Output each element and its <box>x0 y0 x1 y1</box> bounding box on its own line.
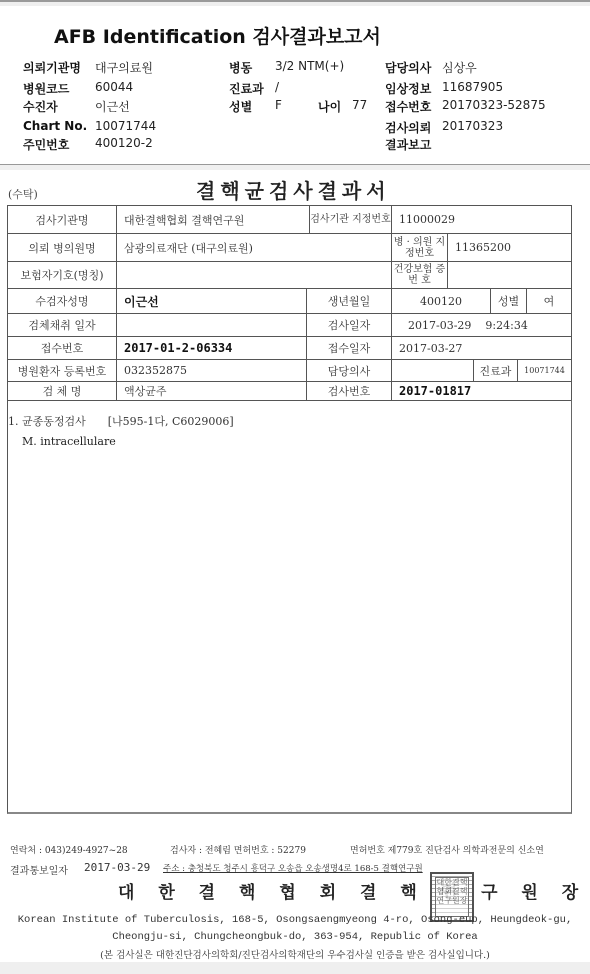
english-address-line2: Cheongju-si, Chungcheongbuk-do, 363-954,… <box>0 931 590 943</box>
sex-value: F <box>275 98 282 112</box>
receipt-no-value-cell: 2017-01-2-06334 <box>116 336 307 360</box>
result-value: M. intracellulare <box>22 435 116 448</box>
sex-label-cell: 성별 <box>490 288 527 314</box>
certification-note: (본 검사실은 대한진단검사의학회/진단검사의학재단의 우수검사실 인증을 받은… <box>0 947 590 961</box>
collection-date-value <box>116 313 307 337</box>
report-title: 결핵균검사결과서 <box>196 175 391 204</box>
examinee-value: 이근선 <box>116 288 307 314</box>
birthdate-label: 생년월일 <box>306 288 392 314</box>
test-no-value: 2017-01817 <box>391 381 572 401</box>
resident-no-value: 400120-2 <box>95 136 153 150</box>
test-date-value: 2017-03-29 9:24:34 <box>391 313 572 337</box>
test-request-label: 검사의뢰 <box>385 119 431 136</box>
age-value: 77 <box>352 98 367 112</box>
address: 주소 : 충청북도 청주시 흥덕구 오송읍 오송생명4로 168-5 결핵연구원 <box>163 862 423 874</box>
result-box <box>7 400 572 814</box>
receipt-no-label-cell: 접수번호 <box>7 336 117 360</box>
dept-value-cell: 10071744 <box>517 359 572 382</box>
english-address-line1: Korean Institute of Tuberculosis, 168-5,… <box>0 914 590 926</box>
bottom-band <box>0 962 590 974</box>
institution-id-label: 검사기관 지정번호 <box>309 205 392 234</box>
assigned-doctor-value <box>391 359 474 382</box>
health-insurance-value <box>447 261 572 289</box>
test-request-value: 20170323 <box>442 119 503 133</box>
sex-label: 성별 <box>229 98 252 115</box>
clinical-info-label: 임상정보 <box>385 80 431 97</box>
seal-text: 대한결핵협회결핵연구원장 <box>435 877 469 917</box>
requesting-hospital-label: 의뢰 병의원명 <box>7 233 117 262</box>
top-band <box>0 2 590 6</box>
testing-institution-value: 대한결핵협회 결핵연구원 <box>116 205 310 234</box>
result-item-name: 1. 균종동정검사 <box>8 415 86 428</box>
notice-date-label: 결과통보일자 <box>10 862 68 877</box>
hospital-id-value: 11365200 <box>447 233 572 262</box>
notice-date-value: 2017-03-29 <box>84 861 150 874</box>
institution-id-value: 11000029 <box>391 205 572 234</box>
patient-reg-value: 032352875 <box>116 359 307 382</box>
clinical-info-value: 11687905 <box>442 80 503 94</box>
receipt-no-value: 20170323-52875 <box>442 98 546 112</box>
patient-reg-label: 병원환자 등록번호 <box>7 359 117 382</box>
specimen-label: 검 체 명 <box>7 381 117 401</box>
patient-label: 수진자 <box>23 98 58 115</box>
birthdate-value: 400120 <box>391 288 491 314</box>
result-item: 1. 균종동정검사[나595-1다, C6029006] <box>8 413 234 429</box>
hospital-id-label: 병 · 의원 지정번호 <box>391 233 448 262</box>
doctor-label: 담당의사 <box>385 59 431 76</box>
requesting-institution-label: 의뢰기관명 <box>23 59 81 76</box>
chart-no-value: 10071744 <box>95 119 156 133</box>
specimen-value: 액상균주 <box>116 381 307 401</box>
requesting-institution-value: 대구의료원 <box>95 59 153 76</box>
receipt-date-label: 접수일자 <box>306 336 392 360</box>
collection-date-label: 검체채취 일자 <box>7 313 117 337</box>
age-label: 나이 <box>318 98 341 115</box>
receipt-date-value: 2017-03-27 <box>391 336 572 360</box>
ward-value: 3/2 NTM(+) <box>275 59 344 73</box>
specialist-info: 면허번호 제779호 진단검사 의학과전문의 신소연 <box>350 843 544 856</box>
hospital-code-value: 60044 <box>95 80 133 94</box>
dept-label-cell: 진료과 <box>473 359 518 382</box>
requesting-hospital-value: 삼광의료재단 (대구의료원) <box>116 233 392 262</box>
hospital-code-label: 병원코드 <box>23 80 69 97</box>
doctor-value: 심상우 <box>442 59 477 76</box>
patient-value: 이근선 <box>95 98 130 115</box>
test-no-label: 검사번호 <box>306 381 392 401</box>
copy-type: (수탁) <box>8 186 38 202</box>
result-item-code: [나595-1다, C6029006] <box>108 415 234 428</box>
institute-name: 대 한 결 핵 협 회 결 핵 연 구 원 장 <box>118 878 587 903</box>
examinee-label: 수검자성명 <box>7 288 117 314</box>
contact-info: 연락처 : 043)249-4927~28 <box>10 843 128 856</box>
resident-no-label: 주민번호 <box>23 136 69 153</box>
insurer-code-value <box>116 261 392 289</box>
department-label: 진료과 <box>229 80 264 97</box>
assigned-doctor-label: 담당의사 <box>306 359 392 382</box>
insurer-code-label: 보험자기호(명칭) <box>7 261 117 289</box>
test-date-label: 검사일자 <box>306 313 392 337</box>
health-insurance-label: 건강보험 증 번 호 <box>391 261 448 289</box>
page-title: AFB Identification 검사결과보고서 <box>54 22 381 49</box>
receipt-no-label: 접수번호 <box>385 98 431 115</box>
chart-no-label: Chart No. <box>23 119 87 133</box>
sex-value-cell: 여 <box>526 288 572 314</box>
examiner-info: 검사자 : 전혜림 면허번호 : 52279 <box>170 843 306 856</box>
ward-label: 병동 <box>229 59 252 76</box>
department-value: / <box>275 80 279 94</box>
result-report-label: 결과보고 <box>385 136 431 153</box>
testing-institution-label: 검사기관명 <box>7 205 117 234</box>
